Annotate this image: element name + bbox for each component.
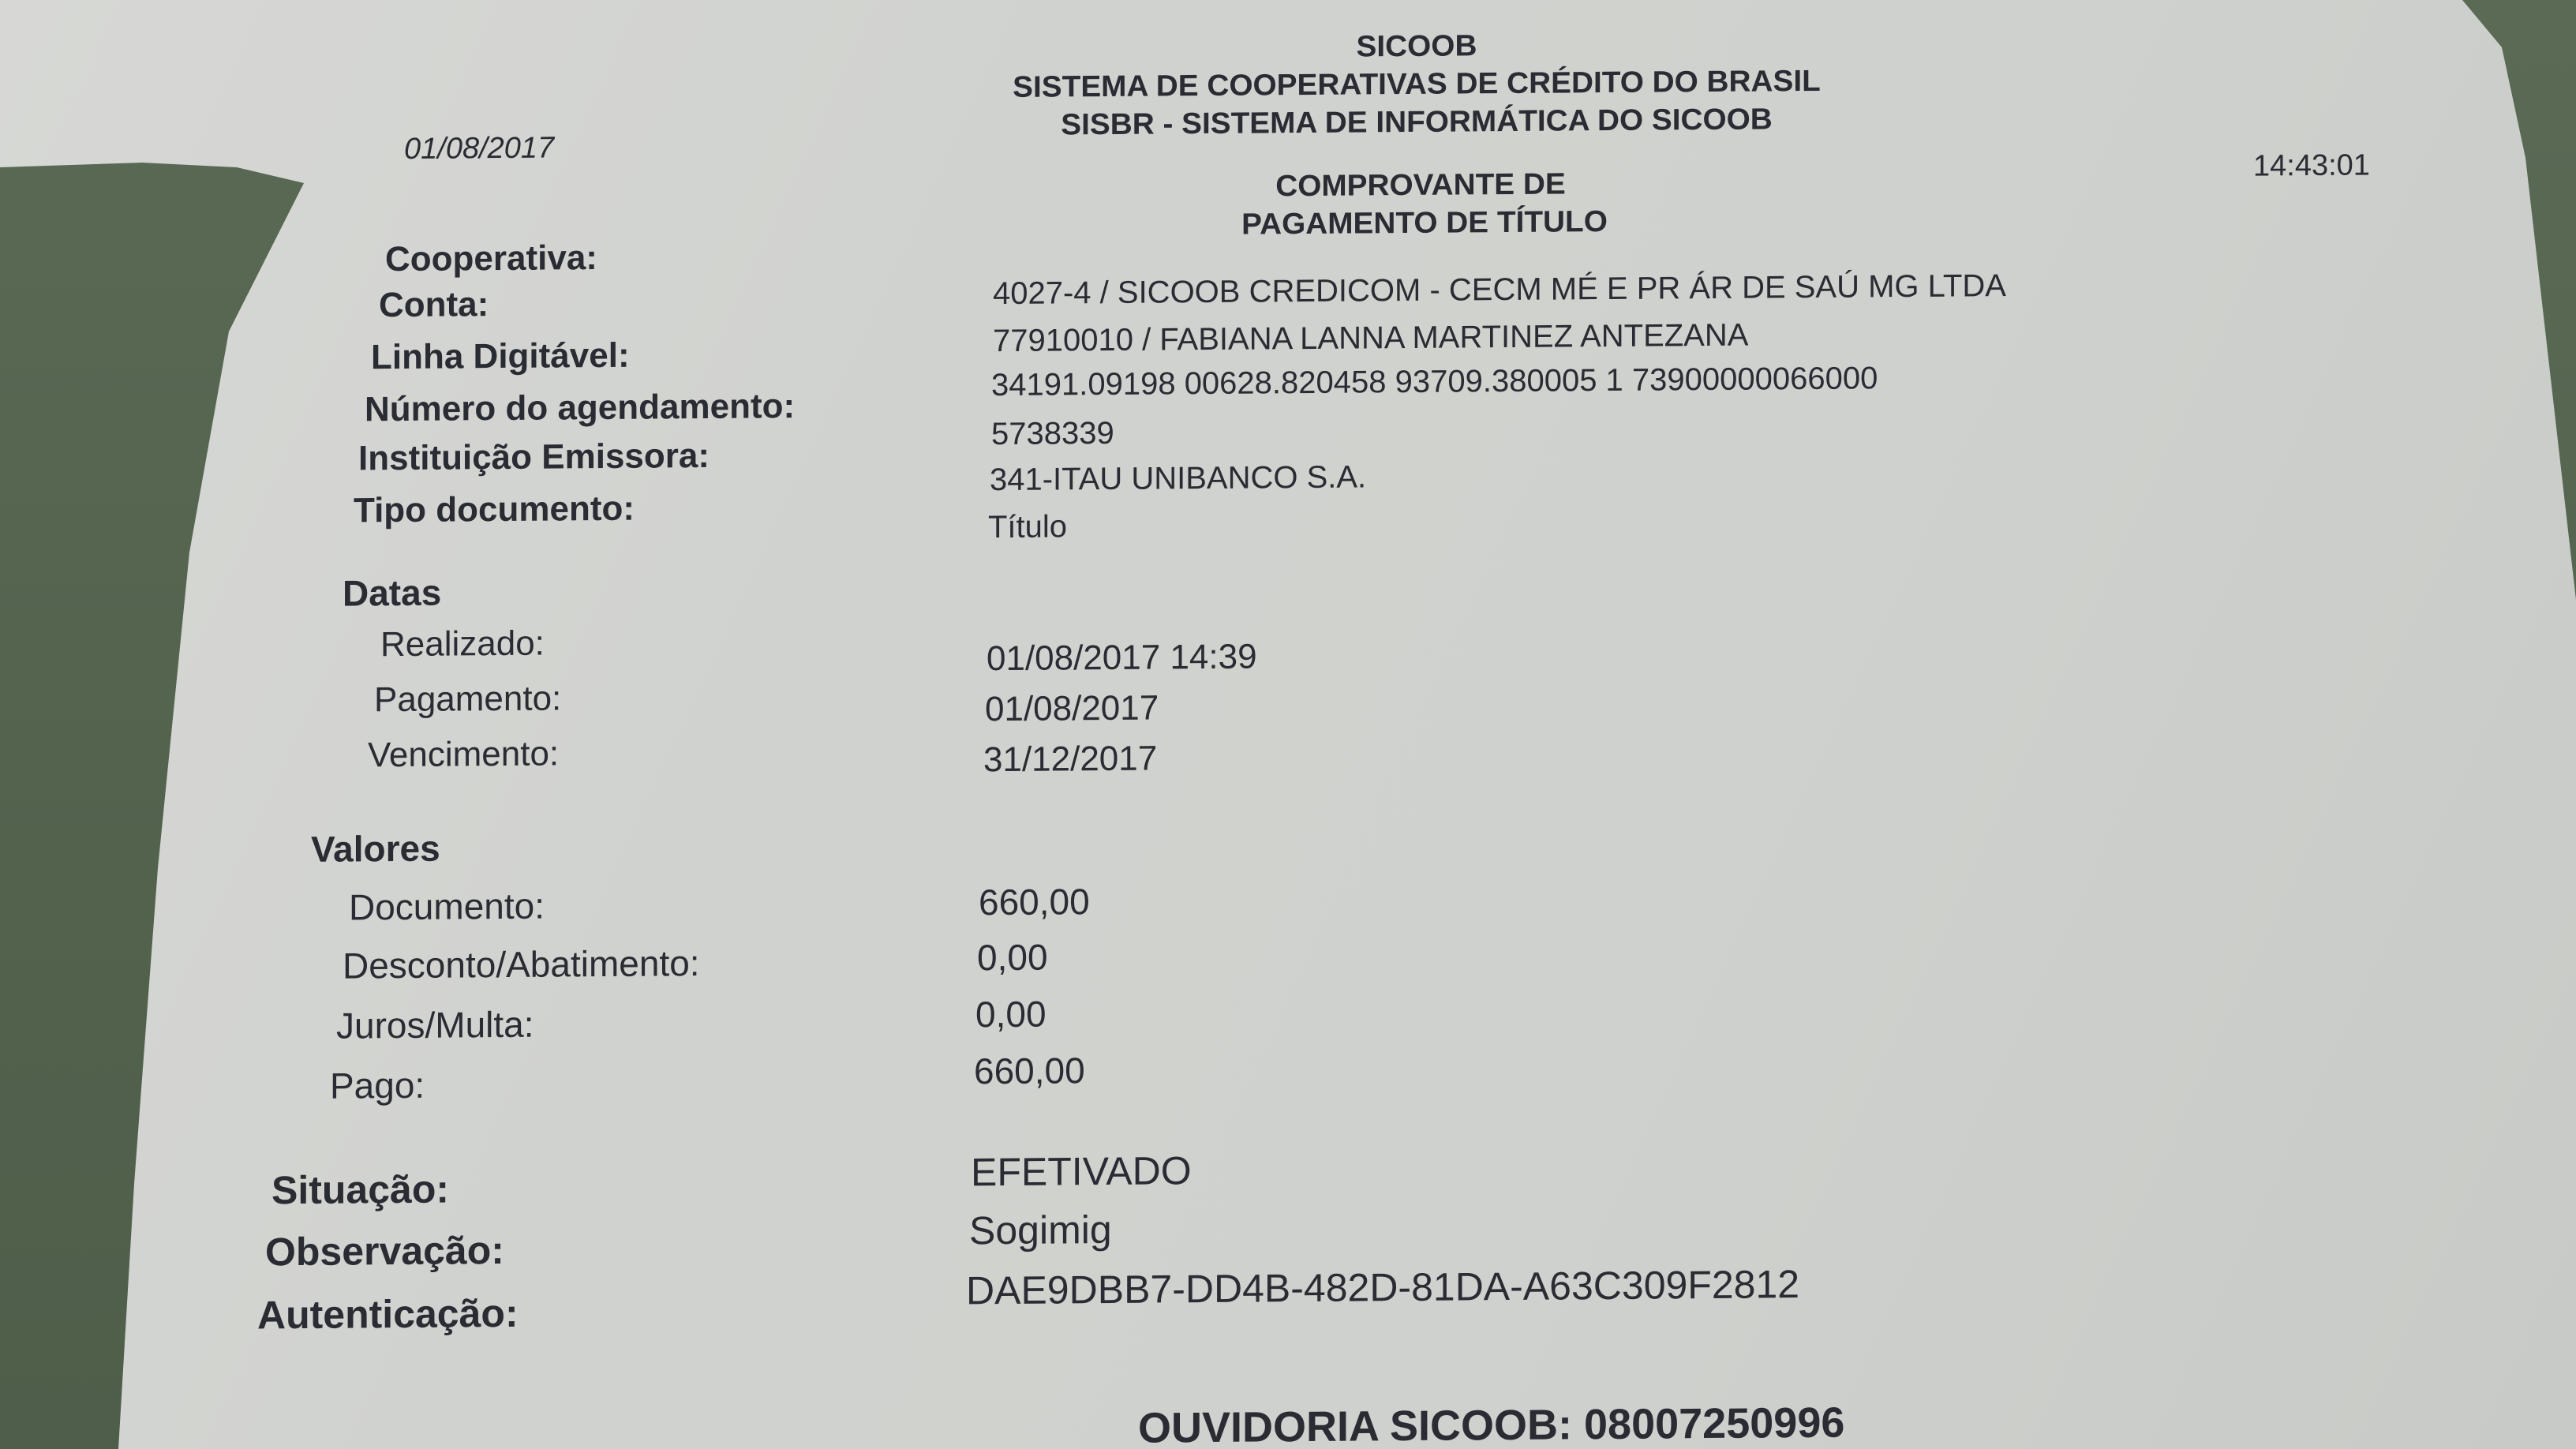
label-autenticacao: Autenticação: <box>257 1290 519 1339</box>
label-cooperativa: Cooperativa: <box>385 238 597 279</box>
label-vencimento: Vencimento: <box>368 734 559 775</box>
document-title-line1: COMPROVANTE DE <box>938 165 1904 207</box>
print-date: 01/08/2017 <box>404 131 554 166</box>
label-numero-agendamento: Número do agendamento: <box>365 387 795 429</box>
label-juros-multa: Juros/Multa: <box>336 1003 534 1047</box>
label-linha-digitavel: Linha Digitável: <box>371 336 630 378</box>
section-heading-valores: Valores <box>311 827 440 871</box>
value-vencimento: 31/12/2017 <box>983 739 1157 780</box>
org-name: SICOOB <box>934 26 1900 68</box>
payment-receipt-document: SICOOB SISTEMA DE COOPERATIVAS DE CRÉDIT… <box>0 0 2576 1449</box>
system-name: SISBR - SISTEMA DE INFORMÁTICA DO SICOOB <box>934 102 1900 144</box>
value-observacao: Sogimig <box>969 1207 1112 1253</box>
ouvidoria-contact: OUVIDORIA SICOOB: 08007250996 <box>1138 1398 1844 1449</box>
value-situacao: EFETIVADO <box>971 1148 1192 1195</box>
label-pago: Pago: <box>330 1064 425 1107</box>
label-desconto-abatimento: Desconto/Abatimento: <box>343 942 700 987</box>
value-linha-digitavel: 34191.09198 00628.820458 93709.380005 1 … <box>991 361 1878 403</box>
value-pago: 660,00 <box>974 1049 1085 1092</box>
label-conta: Conta: <box>379 285 489 325</box>
label-tipo-documento: Tipo documento: <box>354 489 635 531</box>
section-heading-datas: Datas <box>343 571 441 615</box>
value-desconto-abatimento: 0,00 <box>977 936 1048 979</box>
label-situacao: Situação: <box>271 1166 449 1214</box>
value-cooperativa: 4027-4 / SICOOB CREDICOM - CECM MÉ E PR … <box>993 268 2006 312</box>
org-full-name: SISTEMA DE COOPERATIVAS DE CRÉDITO DO BR… <box>934 64 1900 106</box>
print-time: 14:43:01 <box>2253 148 2370 183</box>
label-observacao: Observação: <box>265 1227 504 1275</box>
value-documento: 660,00 <box>979 880 1090 923</box>
value-autenticacao: DAE9DBB7-DD4B-482D-81DA-A63C309F2812 <box>966 1261 1799 1313</box>
document-title-line2: PAGAMENTO DE TÍTULO <box>942 203 1908 245</box>
value-juros-multa: 0,00 <box>975 993 1046 1036</box>
label-documento: Documento: <box>349 885 545 929</box>
value-numero-agendamento: 5738339 <box>991 416 1114 452</box>
value-conta: 77910010 / FABIANA LANNA MARTINEZ ANTEZA… <box>993 318 1748 360</box>
value-realizado: 01/08/2017 14:39 <box>987 637 1257 679</box>
value-tipo-documento: Título <box>988 509 1067 545</box>
label-realizado: Realizado: <box>380 624 545 665</box>
label-pagamento: Pagamento: <box>374 679 561 720</box>
label-instituicao-emissora: Instituição Emissora: <box>358 436 710 478</box>
value-instituicao-emissora: 341-ITAU UNIBANCO S.A. <box>990 459 1366 498</box>
value-pagamento: 01/08/2017 <box>985 688 1159 729</box>
